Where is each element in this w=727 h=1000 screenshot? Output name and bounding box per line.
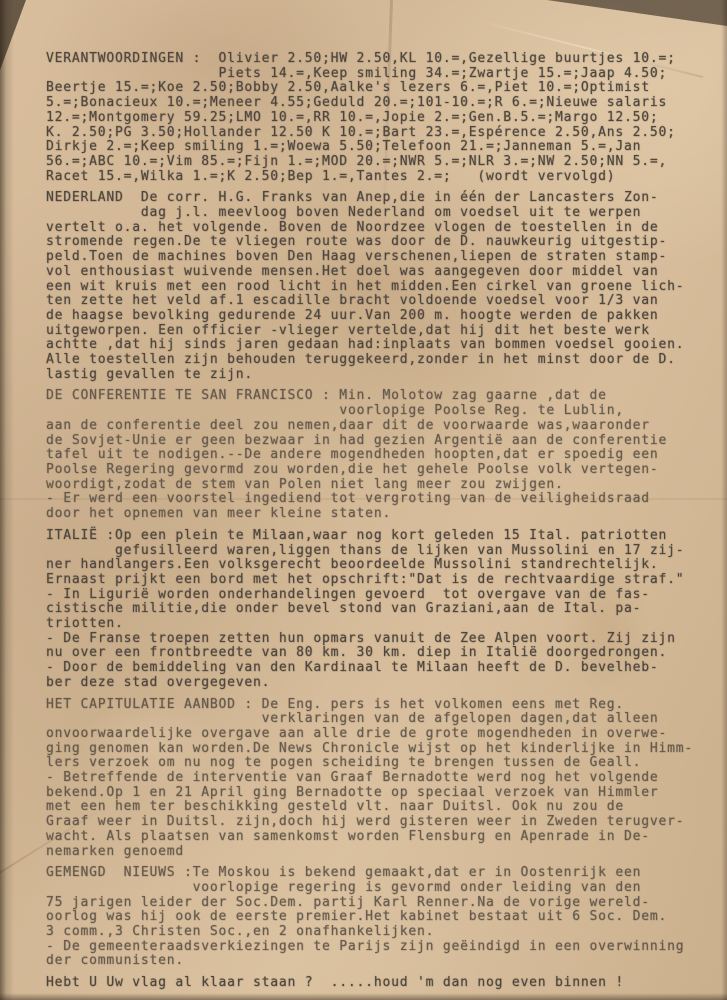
paper-edge-right <box>721 0 727 1000</box>
section-verantwoordingen: VERANTWOORDINGEN : Olivier 2.50;HW 2.50,… <box>46 52 706 184</box>
document-photo: VERANTWOORDINGEN : Olivier 2.50;HW 2.50,… <box>0 0 727 1000</box>
paper-corner-top-right <box>547 0 727 26</box>
section-gemengd-nieuws: GEMENGD NIEUWS :Te Moskou is bekend gema… <box>46 866 706 969</box>
paper-edge-left <box>0 0 14 1000</box>
section-italie: ITALIË :Op een plein te Milaan,waar nog … <box>46 529 706 691</box>
paper-edge-bottom <box>0 993 727 1000</box>
page-text: VERANTWOORDINGEN : Olivier 2.50;HW 2.50,… <box>46 52 706 998</box>
section-nederland: NEDERLAND De corr. H.G. Franks van Anep,… <box>46 191 706 382</box>
section-conferentie-san-francisco: DE CONFERENTIE TE SAN FRANCISCO : Min. M… <box>46 389 706 521</box>
section-capitulatie-aanbod: HET CAPITULATIE AANBOD : De Eng. pers is… <box>46 698 706 860</box>
closing-line: Hebt U Uw vlag al klaar staan ? .....hou… <box>46 976 706 991</box>
